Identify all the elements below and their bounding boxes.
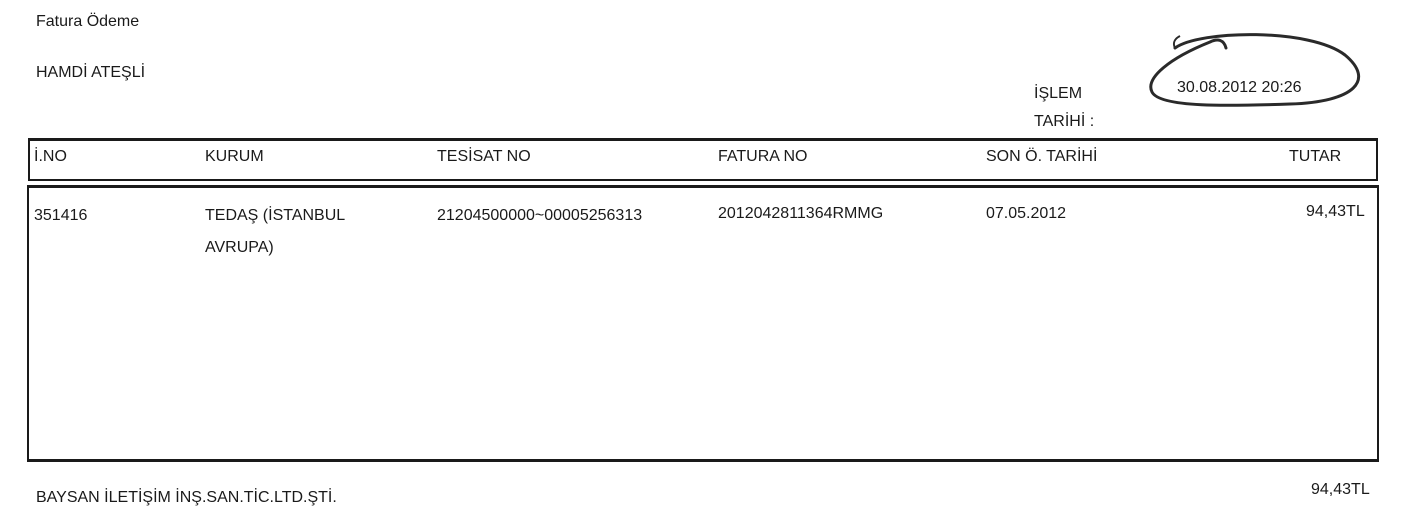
transaction-date-label-line2: TARİHİ : <box>1034 108 1094 136</box>
transaction-date-value: 30.08.2012 20:26 <box>1177 79 1302 97</box>
transaction-date-label-line1: İŞLEM <box>1034 80 1094 108</box>
document-title: Fatura Ödeme <box>36 13 139 31</box>
cell-ino: 351416 <box>34 200 87 232</box>
column-header-ino: İ.NO <box>34 148 67 166</box>
footer-total-amount: 94,43TL <box>1311 481 1370 499</box>
cell-kurum-line1: TEDAŞ (İSTANBUL <box>205 200 345 232</box>
customer-name: HAMDİ ATEŞLİ <box>36 64 145 82</box>
cell-fatura-no: 2012042811364RMMG <box>718 198 883 230</box>
cell-kurum: TEDAŞ (İSTANBUL AVRUPA) <box>205 200 345 264</box>
handwritten-circle-mark <box>1140 20 1380 130</box>
cell-tesisat-no: 21204500000~00005256313 <box>437 200 642 232</box>
column-header-fatura-no: FATURA NO <box>718 148 808 166</box>
column-header-son-odeme-tarihi: SON Ö. TARİHİ <box>986 148 1097 166</box>
cell-son-odeme-tarihi: 07.05.2012 <box>986 198 1066 230</box>
column-header-tesisat-no: TESİSAT NO <box>437 148 531 166</box>
transaction-date-label: İŞLEM TARİHİ : <box>1034 80 1094 136</box>
cell-tutar: 94,43TL <box>1306 196 1365 228</box>
footer-company-name: BAYSAN İLETİŞİM İNŞ.SAN.TİC.LTD.ŞTİ. <box>36 489 337 507</box>
column-header-kurum: KURUM <box>205 148 264 166</box>
cell-kurum-line2: AVRUPA) <box>205 232 345 264</box>
column-header-tutar: TUTAR <box>1289 148 1341 166</box>
